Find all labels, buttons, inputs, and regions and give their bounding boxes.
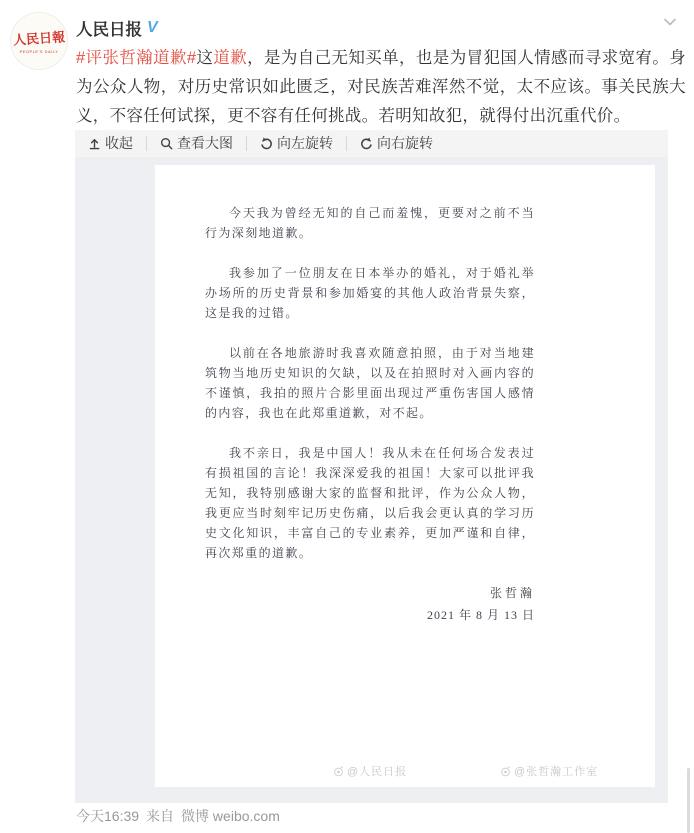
- rotate-right-icon: [360, 137, 373, 150]
- view-large-label: 查看大图: [177, 136, 233, 151]
- post-footer: 今天16:39 来自 微博 weibo.com: [76, 806, 280, 826]
- letter-paragraph: 我参加了一位朋友在日本举办的婚礼，对于婚礼举办场所的历史背景和参加婚宴的其他人政…: [205, 263, 535, 323]
- rotate-right-label: 向右旋转: [377, 136, 433, 151]
- weibo-logo-icon: [333, 766, 344, 777]
- watermark-label: @人民日报: [347, 763, 407, 779]
- letter-paragraph: 以前在各地旅游时我喜欢随意拍照，由于对当地建筑物当地历史知识的欠缺，以及在拍照时…: [205, 343, 535, 423]
- timestamp-link[interactable]: 今天16:39: [76, 806, 139, 826]
- verified-badge-icon: V: [147, 20, 158, 36]
- avatar[interactable]: 人民日報 PEOPLE'S DAILY: [10, 12, 68, 70]
- collapse-icon: [88, 137, 101, 150]
- magnifier-icon: [160, 137, 173, 150]
- post-text-segment: 这: [196, 49, 213, 67]
- view-large-button[interactable]: 查看大图: [146, 136, 246, 151]
- apology-letter-image[interactable]: 今天我为曾经无知的自己而羞愧，更要对之前不当行为深刻地道歉。 我参加了一位朋友在…: [155, 165, 655, 787]
- collapse-label: 收起: [105, 136, 133, 151]
- letter-body: 今天我为曾经无知的自己而羞愧，更要对之前不当行为深刻地道歉。 我参加了一位朋友在…: [205, 203, 535, 625]
- letter-date: 2021 年 8 月 13 日: [205, 605, 535, 625]
- collapse-button[interactable]: 收起: [75, 136, 146, 151]
- post-text: #评张哲瀚道歉#这道歉，是为自己无知买单，也是为冒犯国人情感而寻求宽宥。身为公众…: [76, 44, 686, 131]
- highlighted-keyword: 道歉: [213, 49, 247, 67]
- hashtag-link[interactable]: #评张哲瀚道歉#: [76, 49, 196, 67]
- image-area: 今天我为曾经无知的自己而羞愧，更要对之前不当行为深刻地道歉。 我参加了一位朋友在…: [75, 157, 668, 803]
- avatar-brand-subtext: PEOPLE'S DAILY: [20, 49, 59, 54]
- watermark: @人民日报: [333, 763, 407, 779]
- rotate-left-icon: [260, 137, 273, 150]
- watermark: @张哲瀚工作室: [500, 763, 598, 779]
- chevron-down-icon[interactable]: [662, 14, 678, 30]
- source-prefix: 来自: [146, 806, 174, 826]
- image-viewer: 收起 查看大图 向左旋转 向右旋转 今天我为曾经无知的自己而羞愧，更要对之前不当…: [75, 130, 668, 803]
- rotate-left-button[interactable]: 向左旋转: [246, 136, 346, 151]
- weibo-logo-icon: [500, 766, 511, 777]
- letter-paragraph: 我不亲日，我是中国人！我从未在任何场合发表过有损祖国的言论！我深深爱我的祖国！大…: [205, 443, 535, 563]
- image-toolbar: 收起 查看大图 向左旋转 向右旋转: [75, 130, 668, 157]
- rotate-right-button[interactable]: 向右旋转: [346, 136, 446, 151]
- rotate-left-label: 向左旋转: [277, 136, 333, 151]
- author-name[interactable]: 人民日报: [76, 16, 142, 40]
- source-link[interactable]: 微博 weibo.com: [181, 806, 280, 826]
- post-header: 人民日报 V: [76, 16, 158, 40]
- letter-signature: 张哲瀚: [205, 583, 535, 603]
- avatar-brand-text: 人民日報: [12, 26, 65, 49]
- scrollbar-thumb[interactable]: [687, 768, 690, 833]
- watermark-label: @张哲瀚工作室: [514, 763, 598, 779]
- letter-paragraph: 今天我为曾经无知的自己而羞愧，更要对之前不当行为深刻地道歉。: [205, 203, 535, 243]
